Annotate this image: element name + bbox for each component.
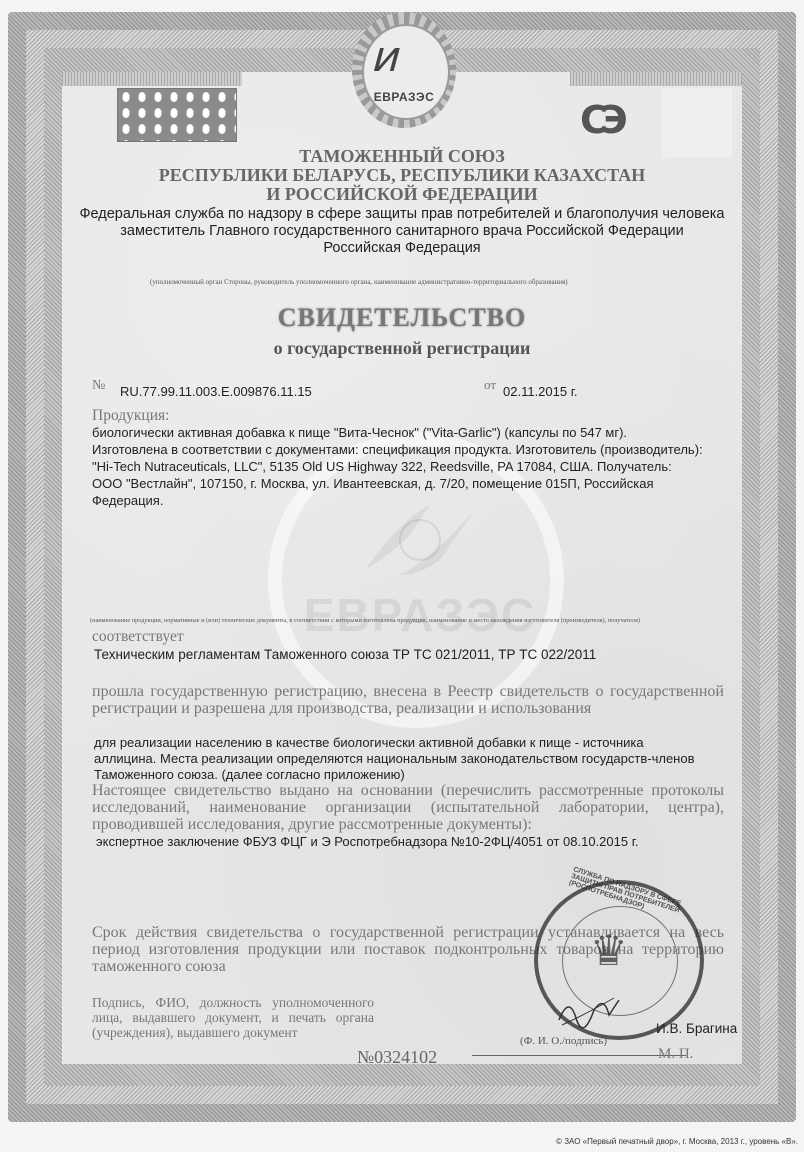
agency-line-1: Федеральная служба по надзору в сфере за… (0, 205, 804, 223)
product-line-1: биологически активная добавка к пище "Ви… (92, 425, 627, 440)
watermark-emblem-icon (360, 500, 480, 580)
usage-line-2: аллицина. Места реализации определяются … (94, 751, 695, 766)
basis-value: экспертное заключение ФБУЗ ФЦГ и Э Роспо… (96, 834, 638, 849)
signature-scribble-icon (554, 990, 624, 1030)
registration-statement: прошла государственную регистрацию, внес… (92, 683, 724, 717)
agency-line-3: Российская Федерация (0, 239, 804, 257)
conformity-value: Техническим регламентам Таможенного союз… (94, 647, 596, 662)
decorative-band-right (570, 72, 742, 86)
product-line-4: ООО "Вестлайн", 107150, г. Москва, ул. И… (92, 476, 654, 491)
product-caption: (наименование продукции, нормативные и (… (90, 617, 640, 624)
union-title-line-1: ТАМОЖЕННЫЙ СОЮЗ (0, 147, 804, 166)
eac-ce-mark-icon: СЭ (580, 98, 620, 142)
watermark-label: ЕВРАЗЭС (300, 588, 540, 642)
signature-label: Подпись, ФИО, должность уполномоченного … (92, 995, 374, 1040)
signature-line (472, 1055, 686, 1056)
product-line-3: "Hi-Tech Nutraceuticals, LLC", 5135 Old … (92, 459, 672, 474)
conformity-label: соответствует (92, 628, 184, 646)
print-credit: © ЗАО «Первый печатный двор», г. Москва,… (556, 1137, 798, 1146)
certificate-title: СВИДЕТЕЛЬСТВО (0, 303, 804, 333)
union-title-line-3: И РОССИЙСКОЙ ФЕДЕРАЦИИ (0, 185, 804, 204)
number-label: № (92, 378, 105, 394)
agency-line-2: заместитель Главного государственного са… (0, 222, 804, 240)
double-headed-eagle-icon: ♛ (590, 926, 628, 975)
usage-line-1: для реализации населению в качестве биол… (94, 735, 644, 750)
form-number: №0324102 (357, 1047, 437, 1068)
product-line-5: Федерация. (92, 493, 163, 508)
registration-number: RU.77.99.11.003.E.009876.11.15 (120, 384, 312, 399)
product-label: Продукция: (92, 407, 169, 425)
emblem-label: ЕВРАЗЭС (352, 90, 456, 104)
union-title-line-2: РЕСПУБЛИКИ БЕЛАРУСЬ, РЕСПУБЛИКИ КАЗАХСТА… (0, 166, 804, 185)
agency-caption: (уполномоченный орган Стороны, руководит… (150, 278, 568, 286)
eurasec-emblem-icon: ᴎ ЕВРАЗЭС (352, 12, 456, 128)
usage-line-3: Таможенного союза. (далее согласно прило… (94, 767, 405, 782)
certificate-subtitle: о государственной регистрации (0, 338, 804, 359)
basis-statement: Настоящее свидетельство выдано на основа… (92, 782, 724, 833)
decorative-band-left (62, 72, 242, 86)
registration-date: 02.11.2015 г. (503, 384, 577, 399)
product-line-2: Изготовлена в соответствии с документами… (92, 442, 703, 457)
hologram-icon (117, 88, 237, 142)
stamp-place-mark: М. П. (658, 1046, 693, 1063)
signature-caption: (Ф. И. О./подпись) (520, 1035, 607, 1047)
signer-name: И.В. Брагина (656, 1021, 737, 1036)
date-label: от (484, 377, 496, 393)
